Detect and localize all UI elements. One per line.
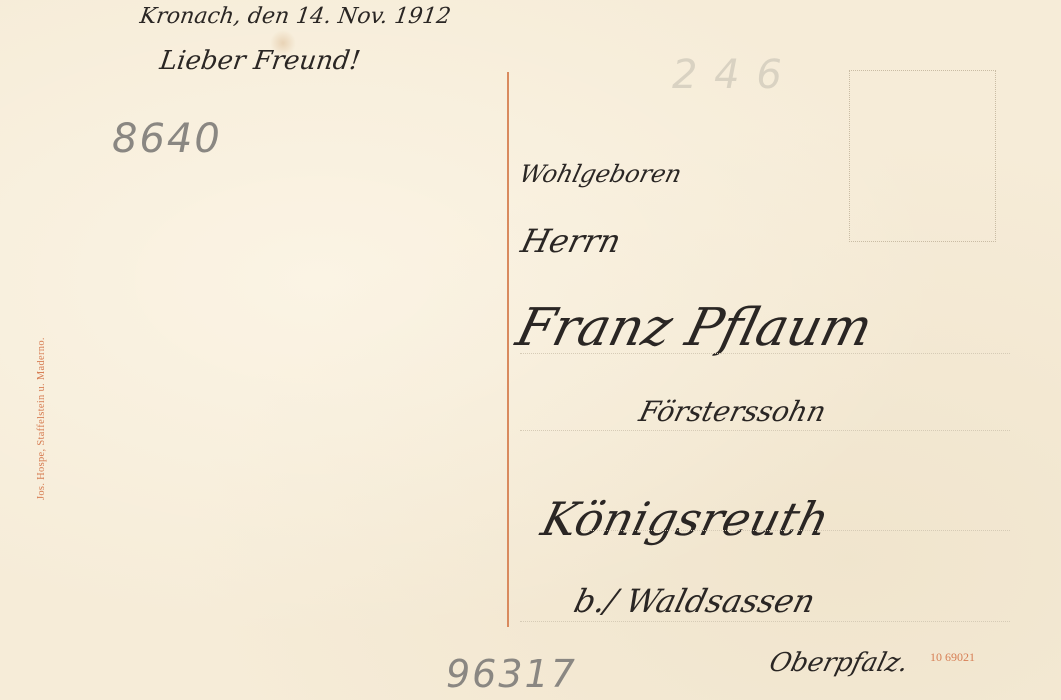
pencil-note-faint: 2 4 6 [672, 52, 784, 98]
address-line-4 [520, 621, 1010, 622]
address-line-2 [520, 430, 1010, 431]
address-honorific-herrn: Herrn [517, 222, 625, 260]
address-region: Oberpfalz. [766, 648, 911, 678]
pencil-note-8640: 8640 [112, 116, 222, 162]
address-near: b./ Waldsassen [570, 582, 819, 620]
serial-number: 10 69021 [930, 650, 975, 665]
address-name: Franz Pflaum [511, 298, 879, 358]
dateline: Kronach, den 14. Nov. 1912 [138, 4, 452, 29]
publisher-imprint: Jos. Hospe, Staffelstein u. Maderno. [36, 337, 47, 500]
pencil-note-96317: 96317 [446, 652, 577, 696]
stamp-box [849, 70, 996, 242]
address-line-1 [520, 353, 1010, 354]
center-divider-line [507, 72, 509, 627]
address-line-3 [580, 530, 1010, 531]
postcard: Kronach, den 14. Nov. 1912 Lieber Freund… [0, 0, 1061, 700]
address-honorific-wohlgeboren: Wohlgeboren [517, 160, 685, 188]
greeting: Lieber Freund! [158, 46, 362, 76]
address-title: Försterssohn [636, 395, 830, 428]
address-town: Königsreuth [536, 492, 835, 546]
